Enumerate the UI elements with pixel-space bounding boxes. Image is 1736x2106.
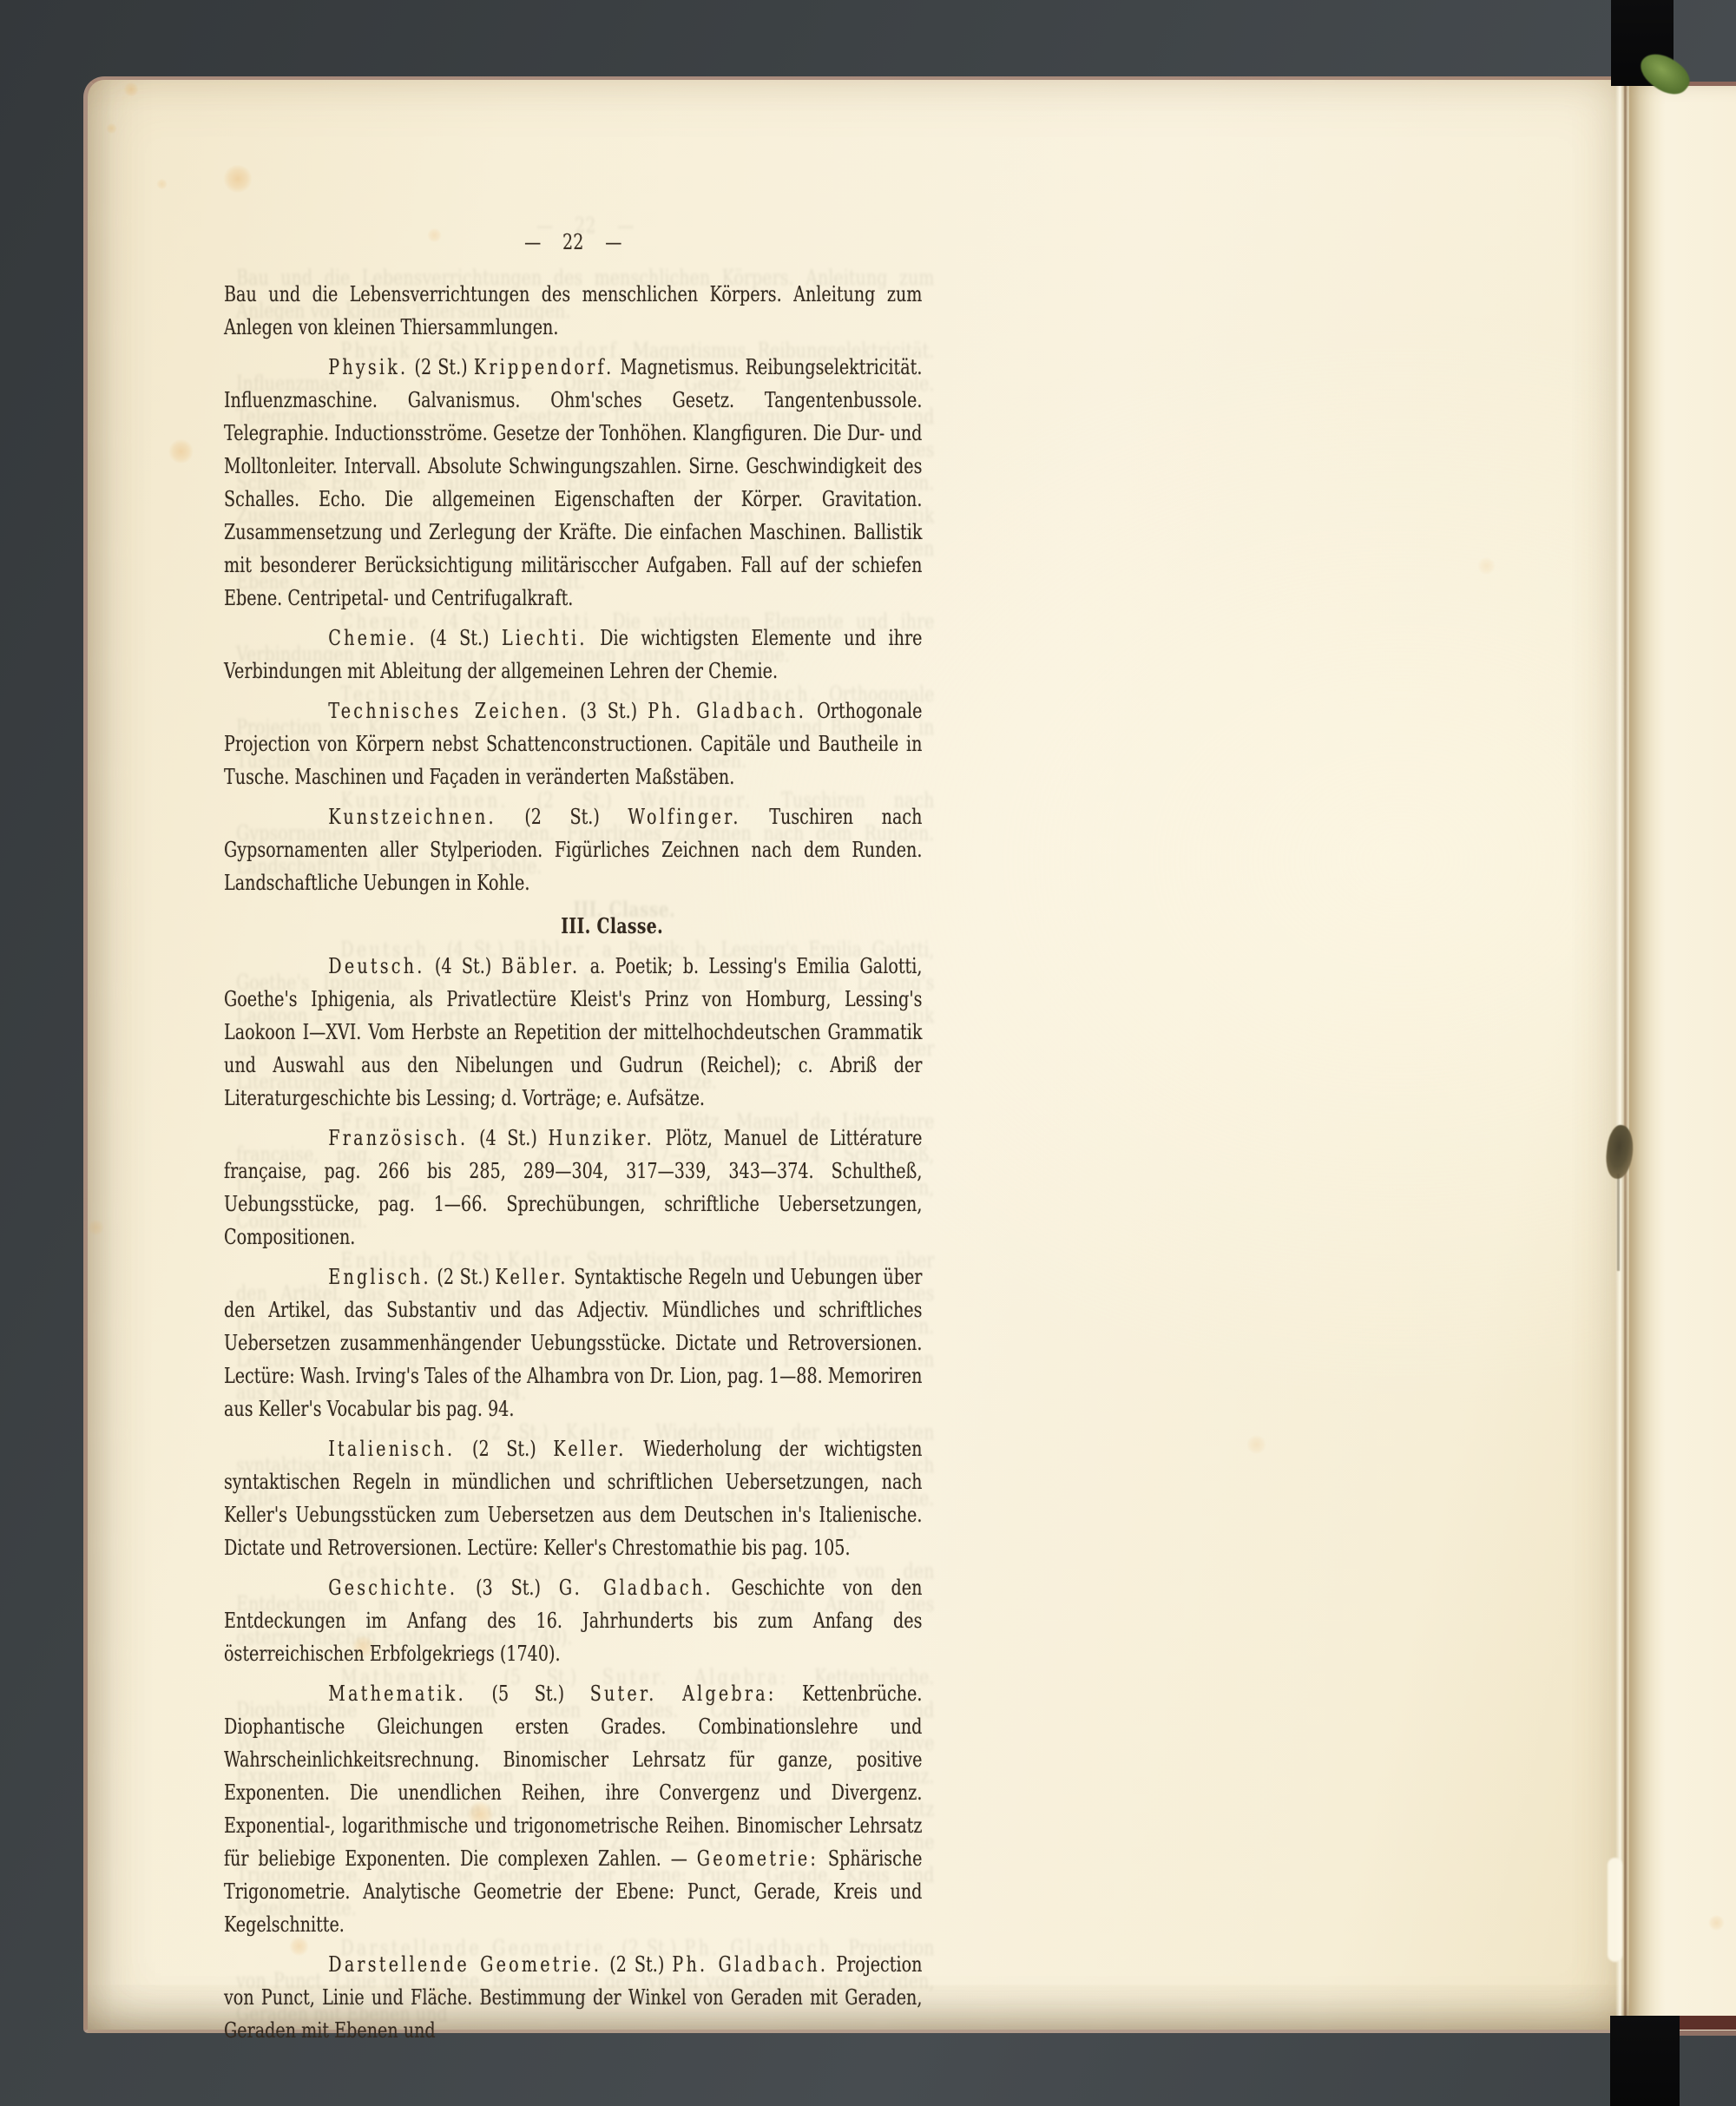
spine-strip-bottom bbox=[1610, 2016, 1680, 2106]
text-run bbox=[656, 1681, 682, 1706]
paragraph: Mathematik. (5 St.) Suter. Algebra: Kett… bbox=[224, 1677, 922, 1941]
spaced-term: Geschichte. bbox=[328, 1575, 457, 1600]
gutter-tear bbox=[1608, 1858, 1622, 1962]
spaced-term: Krippendorf. bbox=[474, 354, 615, 379]
text-run: (4 St.) bbox=[468, 1125, 548, 1150]
gutter-crease bbox=[1624, 82, 1627, 2026]
spaced-term: Suter. bbox=[590, 1681, 657, 1706]
spaced-term: Kunstzeichnen. bbox=[328, 804, 496, 829]
foxing-stain bbox=[1708, 1915, 1725, 1931]
text-run: (3 St.) bbox=[569, 698, 648, 723]
spaced-term: Chemie. bbox=[328, 625, 417, 650]
spaced-term: Ph. Gladbach. bbox=[672, 1951, 828, 1977]
spaced-term: Keller. bbox=[553, 1436, 626, 1461]
spaced-term: Wolfinger. bbox=[628, 804, 740, 829]
spaced-term: Bäbler. bbox=[502, 953, 581, 978]
spaced-term: Englisch. bbox=[328, 1264, 431, 1289]
spaced-term: Physik. bbox=[328, 354, 408, 379]
text-run: Kettenbrüche. Diophantische Gleichungen … bbox=[224, 1681, 922, 1871]
foxing-stain bbox=[1246, 1435, 1266, 1454]
page-number-dash-left: — bbox=[524, 229, 541, 254]
spaced-term: Liechti. bbox=[502, 625, 588, 650]
text-run: (2 St.) bbox=[431, 1264, 496, 1289]
foxing-stain bbox=[1477, 557, 1496, 575]
paragraph: Physik. (2 St.) Krippendorf. Magnetismus… bbox=[224, 351, 922, 615]
next-page-edge bbox=[1629, 82, 1736, 2036]
cover-edge-band bbox=[1680, 2016, 1736, 2030]
text-run: III. Classe. bbox=[561, 913, 663, 938]
text-run: (4 St.) bbox=[418, 625, 502, 650]
text-run: (2 St.) bbox=[602, 1951, 672, 1977]
paragraph: Kunstzeichnen. (2 St.) Wolfinger. Tuschi… bbox=[224, 800, 922, 899]
foxing-stain bbox=[123, 82, 139, 96]
spaced-term: G. Gladbach. bbox=[559, 1575, 713, 1600]
paragraph: Bau und die Lebensverrichtungen des mens… bbox=[224, 278, 922, 344]
paragraph: Chemie. (4 St.) Liechti. Die wichtigsten… bbox=[224, 622, 922, 688]
paragraph: Italienisch. (2 St.) Keller. Wiederholun… bbox=[224, 1432, 922, 1564]
body-text: Bau und die Lebensverrichtungen des mens… bbox=[224, 278, 922, 2047]
text-run: (2 St.) bbox=[455, 1436, 553, 1461]
text-run: Bau und die Lebensverrichtungen des mens… bbox=[224, 281, 922, 339]
paragraph: Geschichte. (3 St.) G. Gladbach. Geschic… bbox=[224, 1571, 922, 1670]
text-column: — 22 — Bau und die Lebensverrichtungen d… bbox=[224, 226, 922, 2047]
foxing-stain bbox=[106, 123, 117, 134]
foxing-stain bbox=[168, 439, 194, 464]
spaced-term: Algebra: bbox=[682, 1681, 776, 1706]
binding-thread-tail bbox=[1617, 1174, 1620, 1271]
text-column-wrap: — 22 — Bau und die Lebensverrichtungen d… bbox=[224, 226, 922, 2047]
paragraph: Deutsch. (4 St.) Bäbler. a. Poetik; b. L… bbox=[224, 950, 922, 1115]
paragraph: Französisch. (4 St.) Hunziker. Plötz, Ma… bbox=[224, 1122, 922, 1254]
spaced-term: Französisch. bbox=[328, 1125, 468, 1150]
spaced-term: Darstellende Geometrie. bbox=[328, 1951, 602, 1977]
spaced-term: Keller. bbox=[496, 1264, 569, 1289]
spaced-term: Italienisch. bbox=[328, 1436, 455, 1461]
spaced-term: Geometrie: bbox=[697, 1846, 819, 1871]
text-run: Magnetismus. Reibungselektricität. Influ… bbox=[224, 354, 922, 610]
book-page: — 22 — Bau und die Lebensverrichtungen d… bbox=[83, 76, 1632, 2033]
text-run: (2 St.) bbox=[496, 804, 628, 829]
spaced-term: Mathematik. bbox=[328, 1681, 466, 1706]
page-number-dash-right: — bbox=[605, 229, 621, 254]
text-run: (5 St.) bbox=[466, 1681, 590, 1706]
text-run: (2 St.) bbox=[408, 354, 474, 379]
scanned-book-photo: — 22 — Bau und die Lebensverrichtungen d… bbox=[0, 0, 1736, 2106]
text-run: (4 St.) bbox=[425, 953, 502, 978]
spaced-term: Technisches Zeichen. bbox=[328, 698, 569, 723]
spaced-term: Ph. Gladbach. bbox=[648, 698, 806, 723]
page-number: — 22 — bbox=[224, 226, 922, 259]
text-run: (3 St.) bbox=[457, 1575, 559, 1600]
section-heading: III. Classe. bbox=[224, 910, 922, 943]
spaced-term: Deutsch. bbox=[328, 953, 424, 978]
foxing-stain bbox=[88, 1220, 104, 1235]
foxing-stain bbox=[223, 165, 253, 193]
paragraph: Englisch. (2 St.) Keller. Syntaktische R… bbox=[224, 1260, 922, 1425]
foxing-stain bbox=[156, 179, 168, 189]
paragraph: Technisches Zeichen. (3 St.) Ph. Gladbac… bbox=[224, 694, 922, 793]
paragraph: Darstellende Geometrie. (2 St.) Ph. Glad… bbox=[224, 1948, 922, 2047]
gutter-highlight bbox=[1615, 82, 1623, 2026]
spaced-term: Hunziker. bbox=[549, 1125, 654, 1150]
page-number-value: 22 bbox=[562, 229, 583, 254]
